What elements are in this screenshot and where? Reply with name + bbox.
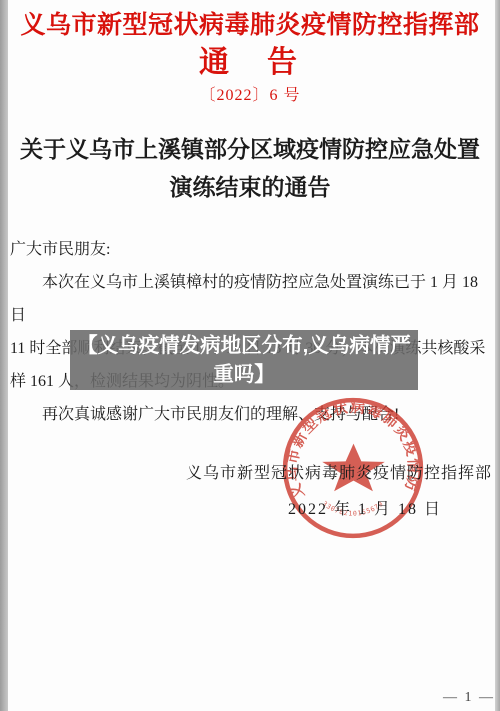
header-doc-number: 〔2022〕6 号	[0, 82, 500, 105]
scan-right-edge	[495, 0, 500, 711]
body-line: 本次在义乌市上溪镇樟村的疫情防控应急处置演练已于 1 月 18 日	[10, 266, 492, 332]
scan-left-edge	[0, 0, 8, 711]
watermark-caption: 【义乌疫情发病地区分布,义乌病情严重吗】	[70, 330, 418, 390]
seal-ring-text: 义乌市新型冠状病毒肺炎疫情防控指挥部	[277, 392, 422, 501]
document-page: 义乌市新型冠状病毒肺炎疫情防控指挥部 通 告 〔2022〕6 号 关于义乌市上溪…	[0, 0, 500, 711]
header-issuer: 义乌市新型冠状病毒肺炎疫情防控指挥部	[0, 5, 500, 41]
salutation: 广大市民朋友:	[10, 233, 492, 266]
signature-issuer: 义乌市新型冠状病毒肺炎疫情防控指挥部	[186, 460, 492, 483]
watermark-caption-text: 【义乌疫情发病地区分布,义乌病情严重吗】	[77, 334, 411, 386]
header-doc-type: 通 告	[0, 37, 500, 81]
page-number: — 1 —	[443, 690, 495, 706]
notice-title: 关于义乌市上溪镇部分区域疫情防控应急处置演练结束的通告	[13, 131, 487, 207]
signature-date: 2022 年 1 月 18 日	[288, 496, 442, 519]
